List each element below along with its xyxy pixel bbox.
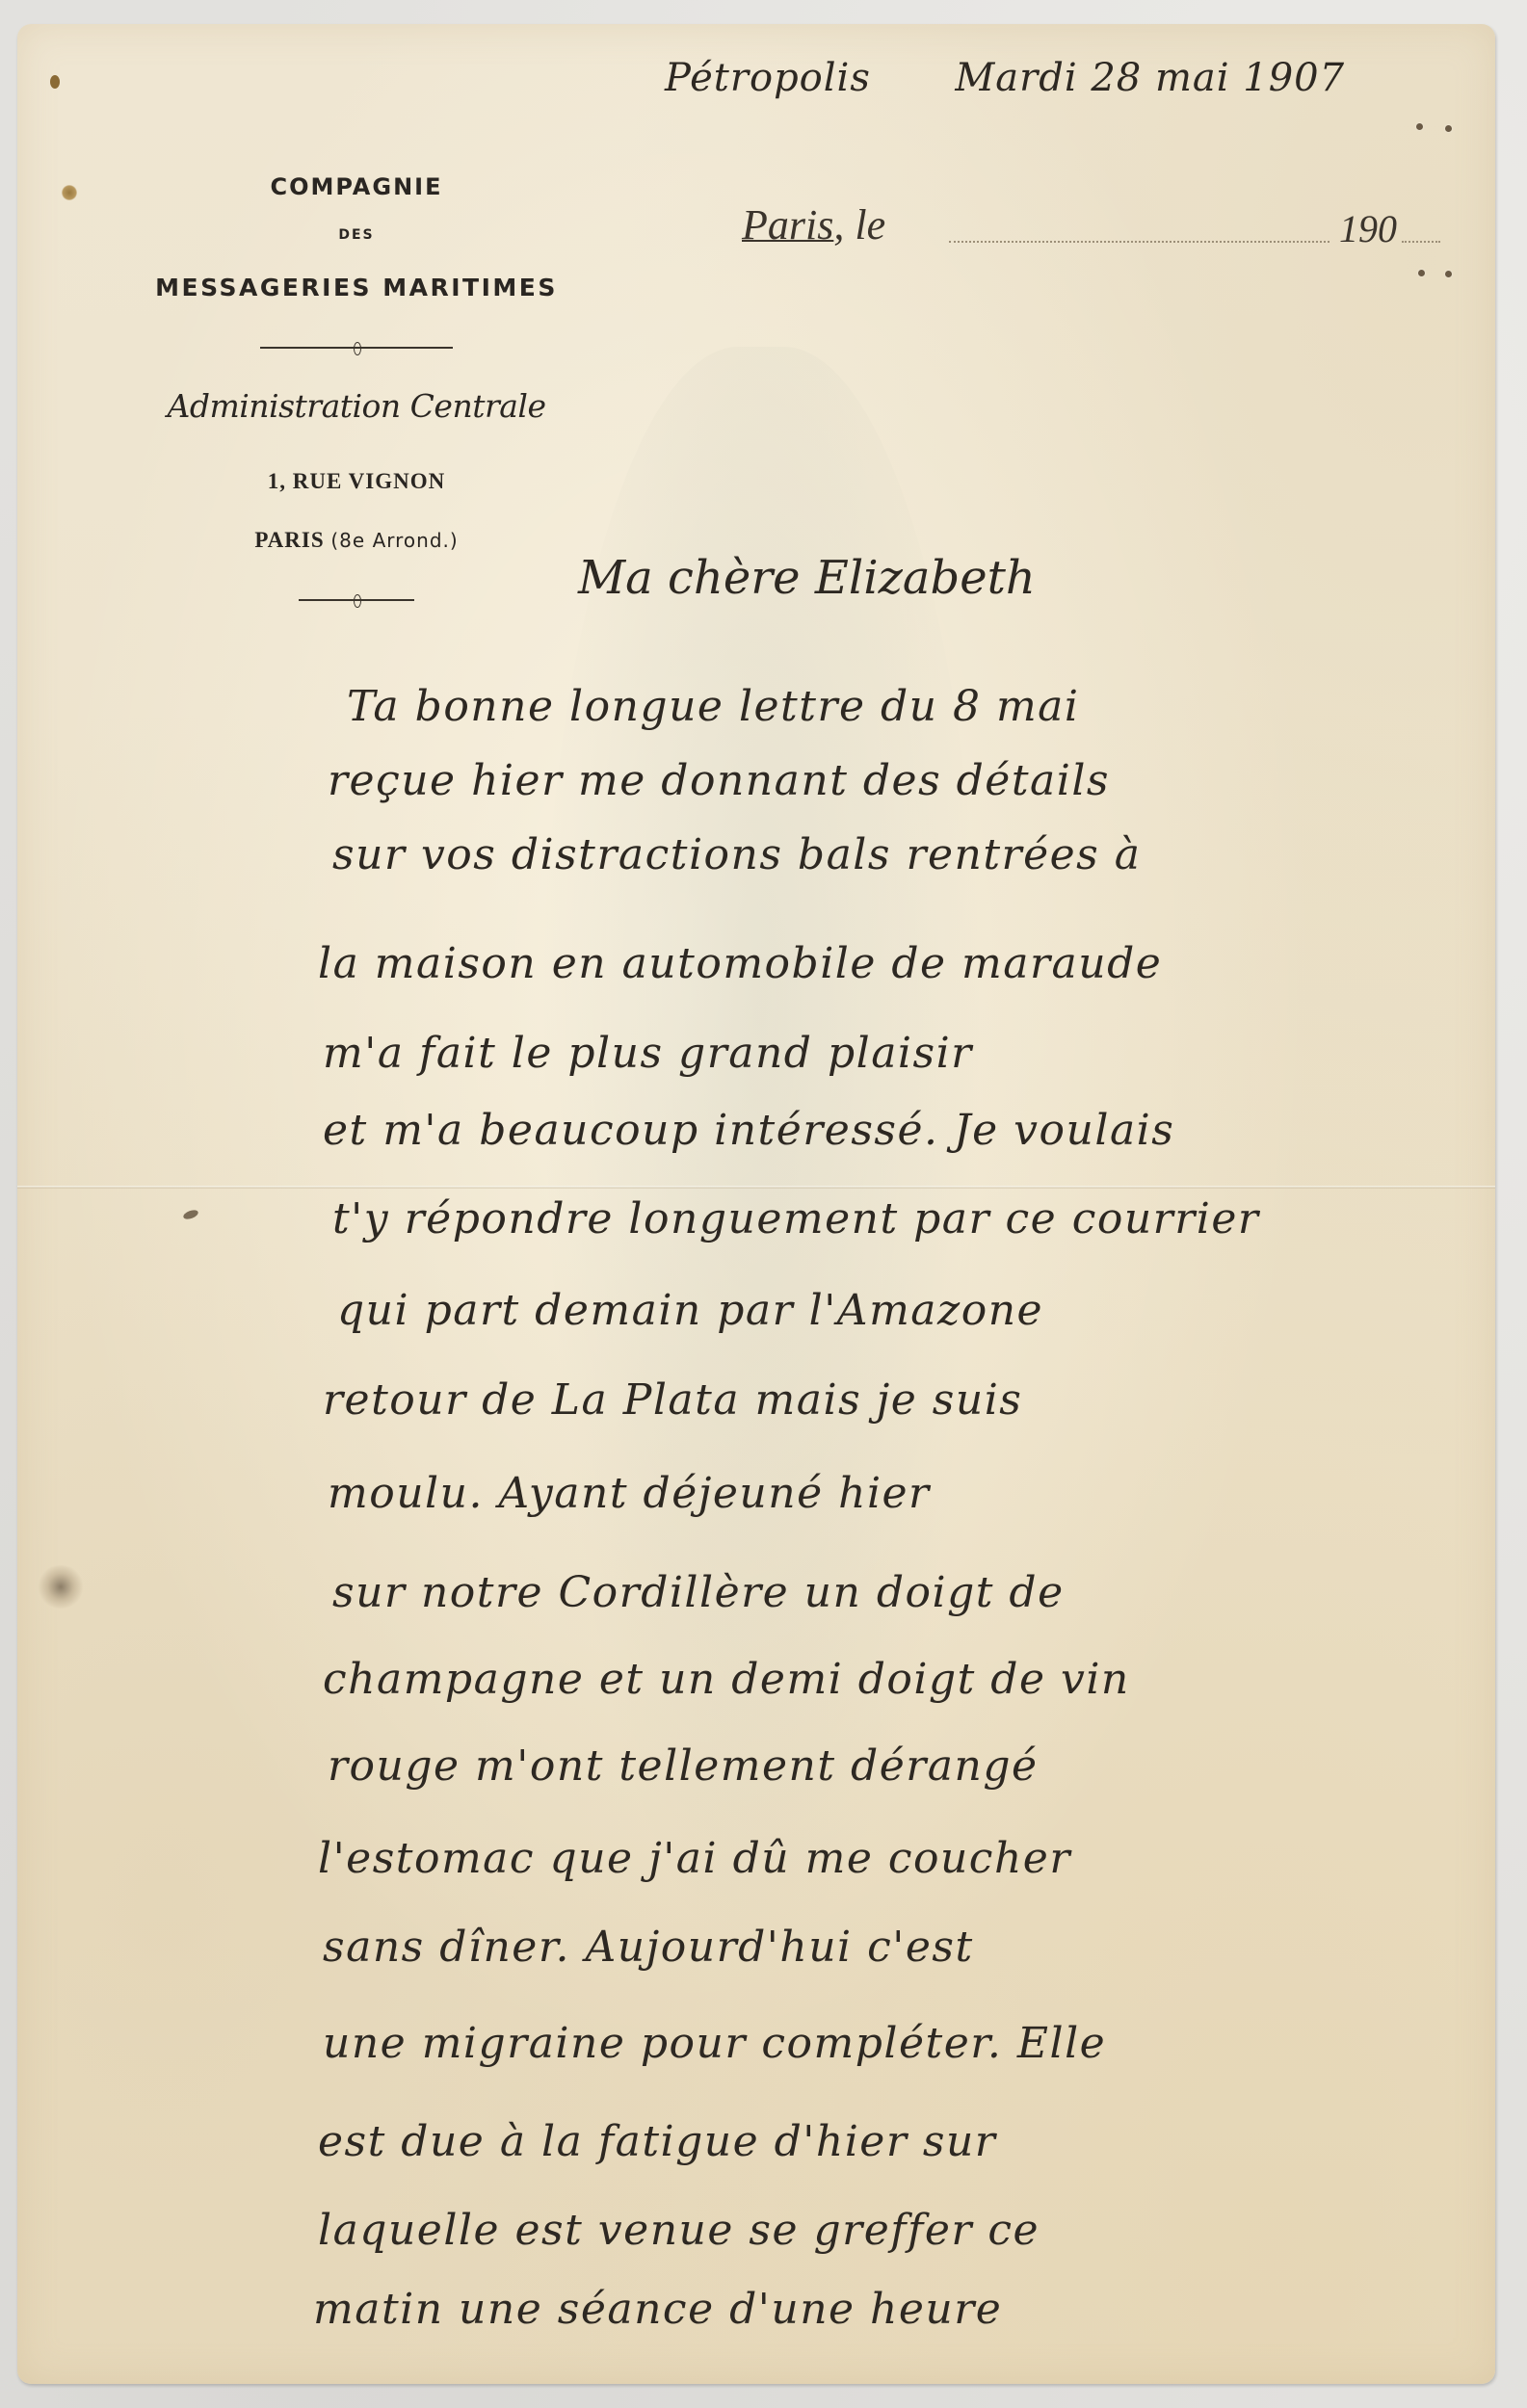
foxing-stain (37, 1565, 85, 1609)
body-line: laquelle est venue se greffer ce (318, 2206, 1040, 2255)
salutation: Ma chère Elizabeth (578, 551, 1036, 605)
body-line: matin une séance d'une heure (313, 2285, 1002, 2334)
body-line: sur notre Cordillère un doigt de (332, 1568, 1065, 1617)
body-line: sur vos distractions bals rentrées à (332, 830, 1141, 879)
letterhead-divider (260, 347, 453, 349)
body-line: sans dîner. Aujourd'hui c'est (323, 1923, 974, 1972)
body-line: retour de La Plata mais je suis (323, 1375, 1022, 1425)
body-line: rouge m'ont tellement dérangé (328, 1741, 1039, 1791)
letterhead-city-line: PARIS (8e Arrond.) (164, 528, 549, 553)
letterhead-company-line2: DES (164, 227, 549, 243)
foxing-stain (62, 185, 77, 200)
pin-hole (1416, 123, 1423, 130)
body-line: une migraine pour compléter. Elle (323, 2019, 1106, 2068)
letterhead-company-line3: MESSAGERIES MARITIMES (92, 274, 621, 301)
pin-hole (1445, 125, 1452, 132)
handwritten-dateline: Pétropolis Mardi 28 mai 1907 (665, 56, 1345, 100)
pin-hole (1445, 271, 1452, 277)
body-line: qui part demain par l'Amazone (337, 1286, 1043, 1335)
letterhead-company-line1: COMPAGNIE (164, 173, 549, 200)
body-line: la maison en automobile de maraude (318, 939, 1162, 988)
letterhead-district: (8e Arrond.) (330, 529, 458, 552)
foxing-stain (50, 75, 60, 89)
printed-year-prefix: 190 (1339, 206, 1397, 251)
ornament-icon (354, 342, 361, 355)
body-line: l'estomac que j'ai dû me coucher (318, 1834, 1071, 1883)
dateline-place: Pétropolis (665, 56, 871, 100)
ornament-icon (354, 594, 361, 608)
body-line: et m'a beaucoup intéressé. Je voulais (323, 1106, 1174, 1155)
date-fill-line (1402, 241, 1440, 243)
date-fill-line (949, 241, 1330, 243)
letterhead-city: PARIS (254, 528, 324, 552)
body-line: reçue hier me donnant des détails (328, 756, 1110, 805)
dateline-date: Mardi 28 mai 1907 (955, 56, 1345, 100)
letterhead-divider (299, 599, 414, 601)
printed-place-suffix: , le (833, 201, 885, 249)
body-line: moulu. Ayant déjeuné hier (328, 1469, 931, 1518)
body-line: t'y répondre longuement par ce courrier (332, 1194, 1259, 1243)
letterhead-street: 1, RUE VIGNON (164, 469, 549, 494)
body-line: est due à la fatigue d'hier sur (318, 2117, 996, 2166)
body-line: champagne et un demi doigt de vin (323, 1655, 1130, 1704)
fold-crease (17, 1186, 1495, 1189)
letterhead-division: Administration Centrale (135, 387, 578, 425)
printed-dateline: Paris, le (742, 200, 885, 249)
pin-hole (1418, 270, 1425, 276)
printed-place: Paris (742, 201, 833, 249)
body-line: Ta bonne longue lettre du 8 mai (347, 682, 1079, 731)
body-line: m'a fait le plus grand plaisir (323, 1029, 973, 1078)
